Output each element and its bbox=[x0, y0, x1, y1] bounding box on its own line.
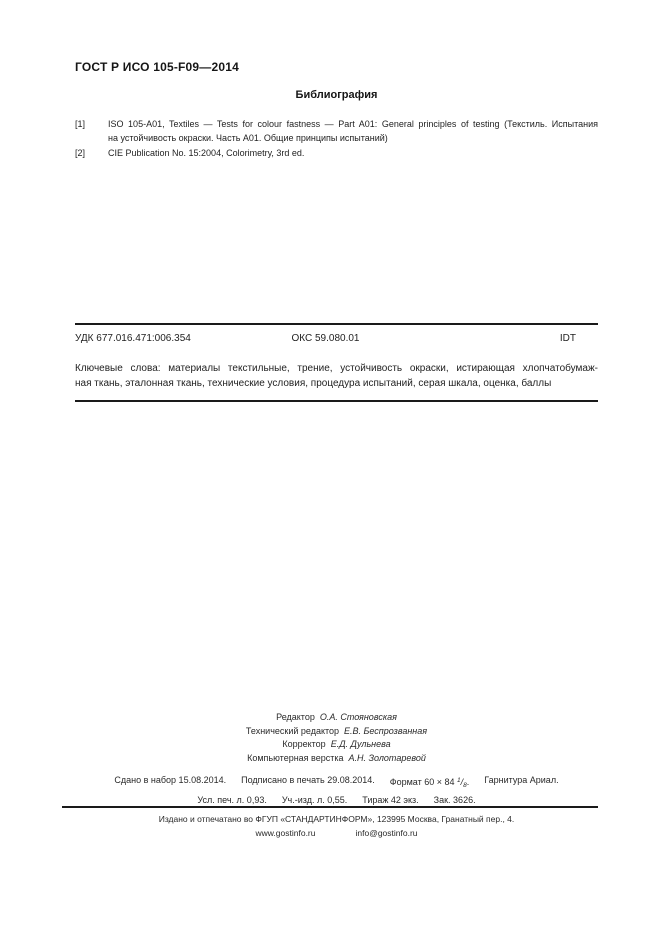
credit-name: А.Н. Золотаревой bbox=[349, 753, 426, 763]
bibliography-ref-number: [2] bbox=[75, 146, 108, 160]
horizontal-rule bbox=[62, 806, 598, 808]
bibliography-entry-text: ISO 105-A01, Textiles — Tests for colour… bbox=[108, 117, 598, 145]
classification-row: УДК 677.016.471:006.354 ОКС 59.080.01 ID… bbox=[75, 333, 598, 344]
bibliography-ref-number: [1] bbox=[75, 117, 108, 145]
publisher-email: info@gostinfo.ru bbox=[355, 826, 417, 840]
bibliography-entry-line: ISO 105-A01, Textiles — Tests for colour… bbox=[108, 117, 598, 131]
horizontal-rule bbox=[75, 323, 598, 325]
bibliography-entry: [1] ISO 105-A01, Textiles — Tests for co… bbox=[75, 117, 598, 145]
keywords-line: Ключевые слова: материалы текстильные, т… bbox=[75, 361, 598, 376]
imprint-print-date: Подписано в печать 29.08.2014. bbox=[241, 773, 375, 793]
credit-row: Компьютерная версткаА.Н. Золотаревой bbox=[75, 752, 598, 766]
credit-row: РедакторО.А. Стояновская bbox=[75, 711, 598, 725]
oks-code: ОКС 59.080.01 bbox=[242, 333, 409, 344]
publisher-footer: Издано и отпечатано во ФГУП «СТАНДАРТИНФ… bbox=[75, 812, 598, 840]
bibliography-entry-text: CIE Publication No. 15:2004, Colorimetry… bbox=[108, 146, 598, 160]
keywords-line: ная ткань, эталонная ткань, технические … bbox=[75, 376, 598, 391]
publisher-address: Издано и отпечатано во ФГУП «СТАНДАРТИНФ… bbox=[75, 812, 598, 826]
publisher-links: www.gostinfo.ru info@gostinfo.ru bbox=[75, 826, 598, 840]
publisher-website: www.gostinfo.ru bbox=[255, 826, 315, 840]
credit-row: КорректорЕ.Д. Дульнева bbox=[75, 738, 598, 752]
credit-role: Компьютерная верстка bbox=[247, 753, 343, 763]
imprint-block: Сдано в набор 15.08.2014. Подписано в пе… bbox=[75, 773, 598, 808]
credits-block: РедакторО.А. Стояновская Технический ред… bbox=[75, 711, 598, 765]
idt-label: IDT bbox=[409, 333, 598, 344]
udk-code: УДК 677.016.471:006.354 bbox=[75, 333, 242, 344]
bibliography-entry-line: CIE Publication No. 15:2004, Colorimetry… bbox=[108, 146, 598, 160]
credit-role: Технический редактор bbox=[246, 726, 339, 736]
horizontal-rule bbox=[75, 400, 598, 402]
document-page: ГОСТ Р ИСО 105-F09—2014 Библиография [1]… bbox=[0, 0, 661, 936]
credit-role: Корректор bbox=[282, 739, 325, 749]
credit-row: Технический редакторЕ.В. Беспрозванная bbox=[75, 725, 598, 739]
credit-role: Редактор bbox=[276, 712, 315, 722]
imprint-typeface: Гарнитура Ариал. bbox=[484, 773, 558, 793]
section-title: Библиография bbox=[75, 89, 598, 101]
bibliography-entry: [2] CIE Publication No. 15:2004, Colorim… bbox=[75, 146, 598, 160]
credit-name: Е.В. Беспрозванная bbox=[344, 726, 427, 736]
keywords-paragraph: Ключевые слова: материалы текстильные, т… bbox=[75, 361, 598, 391]
bibliography-entry-line: на устойчивость окраски. Часть А01. Общи… bbox=[108, 131, 598, 145]
bibliography-list: [1] ISO 105-A01, Textiles — Tests for co… bbox=[75, 117, 598, 160]
credit-name: Е.Д. Дульнева bbox=[331, 739, 391, 749]
document-code: ГОСТ Р ИСО 105-F09—2014 bbox=[75, 60, 598, 74]
imprint-line-1: Сдано в набор 15.08.2014. Подписано в пе… bbox=[75, 773, 598, 793]
imprint-typeset-date: Сдано в набор 15.08.2014. bbox=[114, 773, 226, 793]
credit-name: О.А. Стояновская bbox=[320, 712, 397, 722]
imprint-format: Формат 60 × 84 1/8. bbox=[390, 773, 470, 793]
